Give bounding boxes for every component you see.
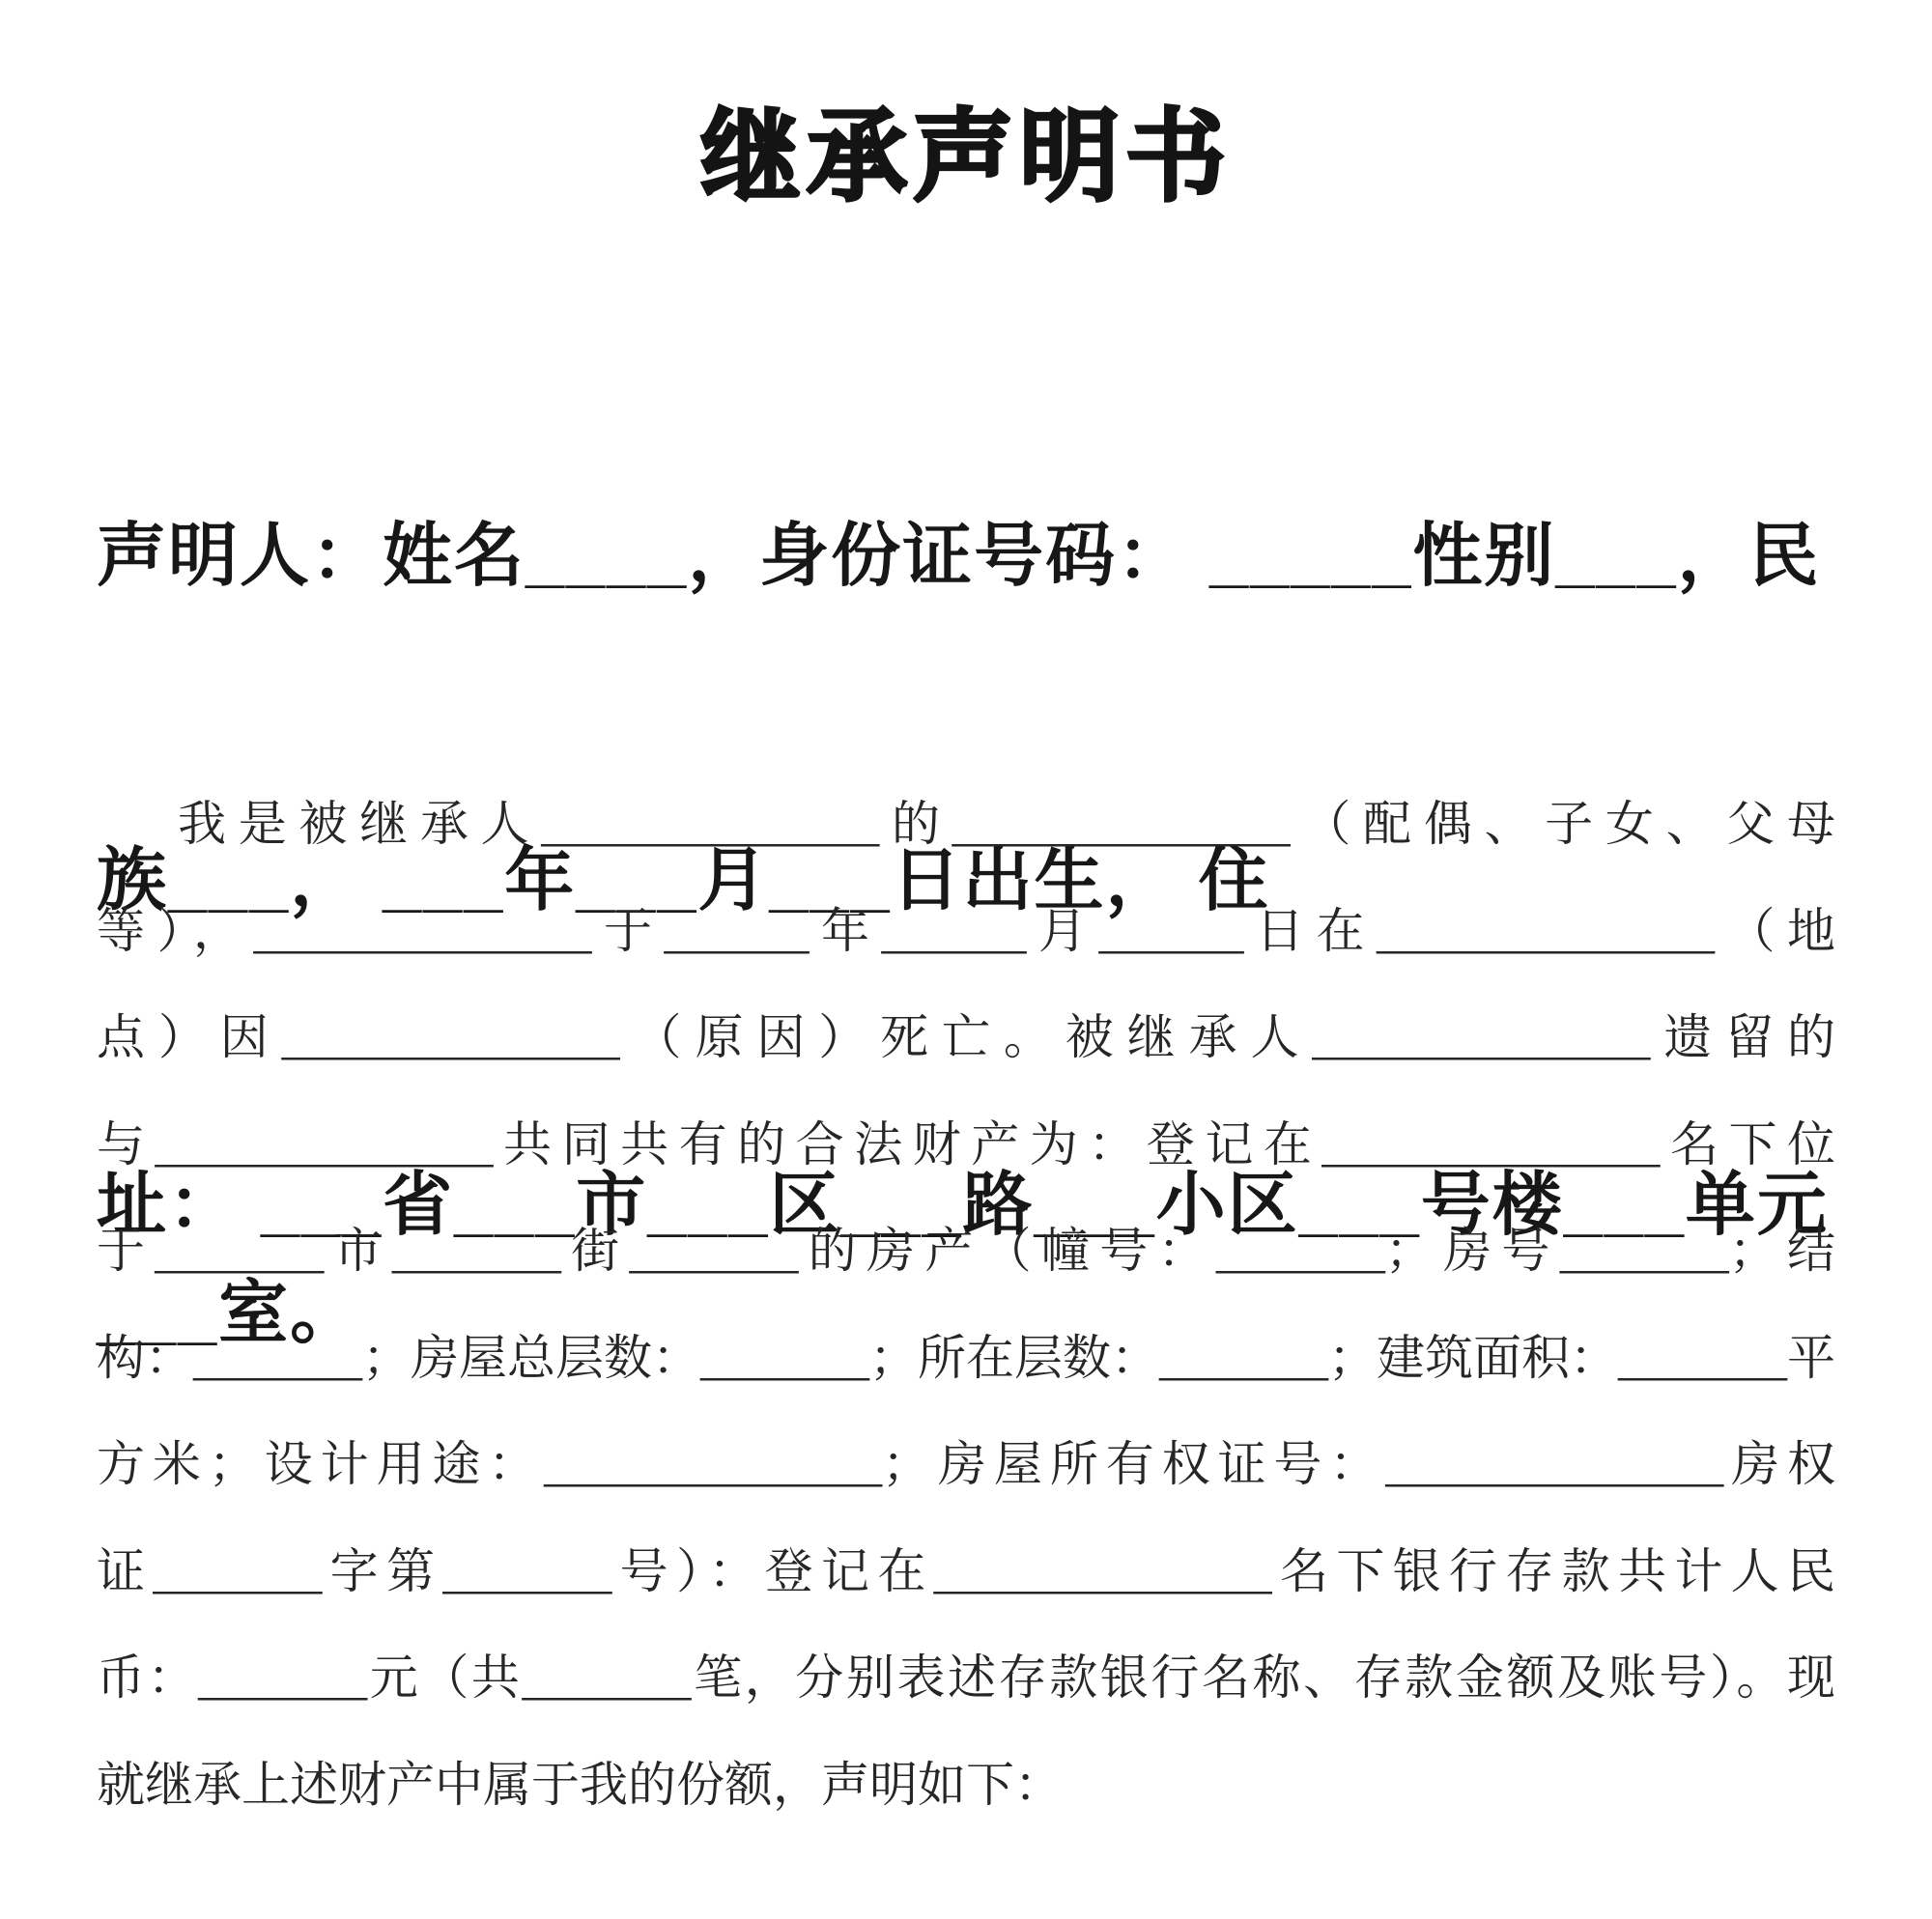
- declaration-body-paragraph: 我是被继承人______________的______________（配偶、子…: [97, 771, 1835, 1838]
- declarant-line-1: 声明人：姓名____，身份证号码： _____性别___，民: [97, 502, 1835, 610]
- body-line: 币：_______元（共_______笔，分别表述存款银行名称、存款金额及账号）…: [97, 1624, 1835, 1732]
- body-line: 点）因______________（原因）死亡。被继承人____________…: [97, 984, 1835, 1091]
- body-line: 我是被继承人______________的______________（配偶、子…: [97, 771, 1835, 878]
- body-line: 方米；设计用途：______________；房屋所有权证号：_________…: [97, 1411, 1835, 1518]
- document-title: 继承声明书: [0, 75, 1932, 220]
- body-line: 于_______市_______街_______的房产（幢号：_______；房…: [97, 1198, 1835, 1305]
- body-line: 等），______________于______年______月______日在…: [97, 878, 1835, 985]
- body-line: 证_______字第_______号）：登记在______________名下银…: [97, 1518, 1835, 1625]
- body-line: 构：_______；房屋总层数：_______；所在层数：_______；建筑面…: [97, 1305, 1835, 1412]
- inheritance-declaration-document: 继承声明书 声明人：姓名____，身份证号码： _____性别___，民 族__…: [0, 0, 1932, 1919]
- body-line: 就继承上述财产中属于我的份额，声明如下：: [97, 1732, 1835, 1839]
- body-line: 与______________共同共有的合法财产为：登记在___________…: [97, 1091, 1835, 1199]
